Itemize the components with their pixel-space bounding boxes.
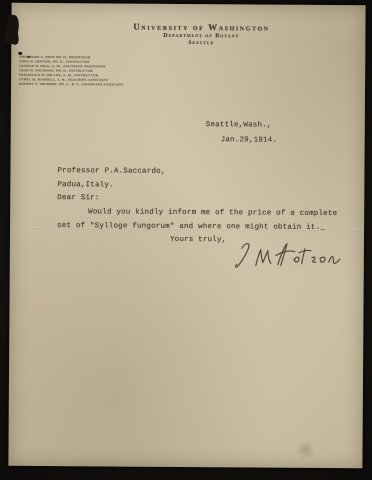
letterhead-department: Department of Botany (133, 33, 270, 40)
recipient-city: Padua,Italy. (57, 181, 113, 189)
body-line: Would you kindly inform me of the price … (88, 208, 337, 218)
fold-crease (11, 121, 365, 125)
letter-paper: University of Washington Department of B… (8, 3, 365, 468)
closing: Yours truly, (170, 236, 226, 244)
signature-ink-icon (232, 239, 342, 276)
signature: J.W.Hotson (232, 239, 342, 276)
dateline-place: Seattle,Wash., (206, 121, 272, 129)
faculty-line: Robert V. Thurber, Ph. C., B. S., Gradua… (19, 82, 159, 87)
paper-smudge (294, 441, 316, 459)
recipient-name: Professor P.A.Saccardo, (57, 167, 165, 176)
letterhead: University of Washington Department of B… (133, 22, 270, 47)
letterhead-city: Seattle (133, 40, 270, 47)
dateline-date: Jan.29,1914. (221, 136, 277, 144)
faculty-roster: Theodore C. Frye Ph. D., Professor John … (19, 55, 159, 87)
salutation: Dear Sir: (57, 194, 99, 202)
letterhead-university: University of Washington (133, 22, 270, 33)
body-line: set of "Sylloge fungorum" and where one … (57, 222, 325, 232)
